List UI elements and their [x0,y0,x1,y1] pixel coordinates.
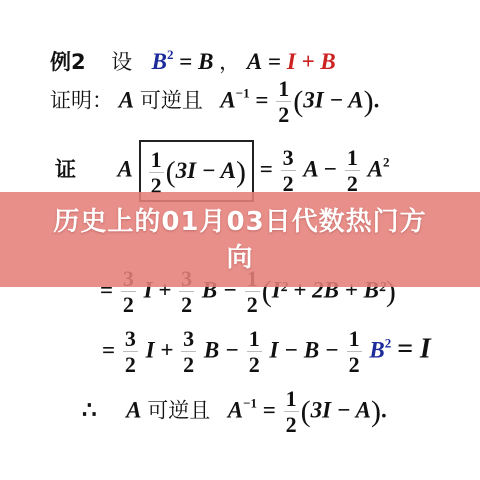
var-a: A [119,87,134,112]
equals: = [255,87,274,112]
prove-statement: 证明： A 可逆且 A−1 = 12(3I − A). [50,78,379,126]
proof-line-3: = 32 I + 32 B − 12 I − B − 12 B2 = I [102,328,431,376]
conclusion: ∴ A 可逆且 A−1 = 12(3I − A). [82,388,387,436]
title-banner: 历史上的01月03日代数热门方向 [0,192,480,287]
equals: = [179,49,198,74]
therefore-symbol: ∴ [82,397,97,422]
i-plus-b: I + B [287,49,336,74]
example-label: 例2 [50,50,86,74]
set-word: 设 [111,50,132,74]
var-b: B [152,49,167,74]
exponent: 2 [167,47,174,62]
var-a: A [118,156,133,181]
equals: = [268,49,287,74]
var-a: A [220,87,235,112]
expression: 3I − A [303,87,363,112]
var-a: A [247,49,262,74]
proof-label: 证 [55,157,76,181]
example-statement: 例2 设 B2 = B ， A = I + B [50,46,336,76]
exponent: −1 [236,85,250,100]
invertible-text: 可逆且 [140,88,203,112]
fraction: 12 [276,78,291,126]
var-b: B [198,49,213,74]
equals: = [260,156,273,181]
comma: ， [219,50,247,74]
prove-label: 证明： [50,88,113,112]
banner-title: 历史上的01月03日代数热门方向 [40,204,440,276]
